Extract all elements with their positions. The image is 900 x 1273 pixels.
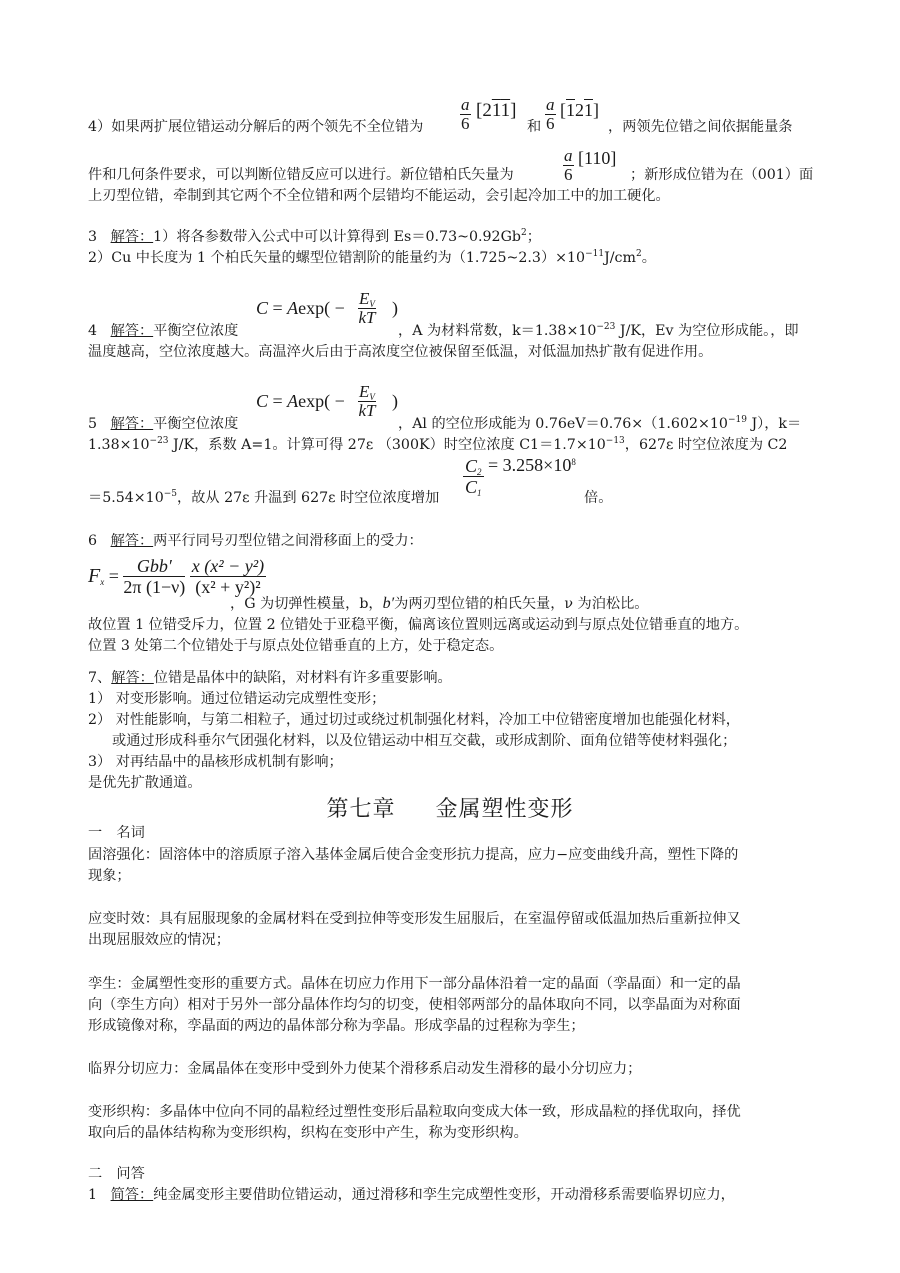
document-page: 4）如果两扩展位错运动分解后的两个领先不全位错为 a 6 [211] 和 a 6…	[0, 0, 900, 1273]
term-line: 固溶强化：固溶体中的溶质原子溶入基体金属后使合金变形抗力提高，应力−应变曲线升高…	[88, 846, 818, 864]
force-formula: Fx = Gbb′ 2π (1−ν) x (x² − y²) (x² + y²)…	[88, 556, 266, 597]
text-line: 故位置 1 位错受斥力，位置 2 位错处于亚稳平衡，偏离该位置则远离或运动到与原…	[88, 616, 818, 634]
term-line: 现象；	[88, 867, 818, 885]
paren: )	[392, 391, 398, 412]
list-item: 2） 对性能影响，与第二相粒子，通过切过或绕过机制强化材料，冷加工中位错密度增加…	[88, 711, 818, 729]
vacancy-formula: C = Aexp( −	[256, 391, 345, 412]
fraction-a-over-6: a 6	[563, 147, 574, 184]
text: ，G 为切弹性模量，b，b′为两刃型位错的柏氏矢量，ν 为泊松比。	[230, 595, 648, 613]
term-line: 向（孪生方向）相对于另外一部分晶体作均匀的切变，使相邻两部分的晶体取向不同，以孪…	[88, 996, 818, 1014]
term-line: 临界分切应力：金属晶体在变形中受到外力使某个滑移系启动发生滑移的最小分切应力；	[88, 1060, 818, 1078]
chapter-name: 金属塑性变形	[435, 792, 573, 823]
text: 件和几何条件要求，可以判断位错反应可以进行。新位错柏氏矢量为	[88, 167, 514, 183]
answer-label: 解答：	[111, 229, 154, 245]
vector-2-1-1: [211]	[476, 100, 516, 122]
section-heading: 一 名词	[88, 824, 818, 842]
text-line: 温度越高，空位浓度越大。高温淬火后由于高浓度空位被保留至低温，对低温加热扩散有促…	[88, 343, 818, 361]
vector-1-2-1: [121]	[560, 100, 599, 121]
chapter-number: 第七章	[327, 792, 396, 823]
text: 4）如果两扩展位错运动分解后的两个领先不全位错为	[88, 119, 423, 135]
text-line: 1.38×10−23 J/K，系数 A=1。计算可得 27ε （300K）时空位…	[88, 436, 818, 454]
list-item: 1） 对变形影响。通过位错运动完成塑性变形；	[88, 690, 818, 708]
term-line: 应变时效：具有屈服现象的金属材料在受到拉伸等变形发生屈服后，在室温停留或低温加热…	[88, 910, 818, 928]
text-line: 7、解答：位错是晶体中的缺陷，对材料有许多重要影响。	[88, 669, 818, 687]
chapter-title: 第七章 金属塑性变形	[0, 792, 900, 823]
term-line: 孪生：金属塑性变形的重要方式。晶体在切应力作用下一部分晶体沿着一定的晶面（孪晶面…	[88, 975, 818, 993]
paren: )	[392, 298, 398, 319]
text-line: 2）Cu 中长度为 1 个柏氏矢量的螺型位错割阶的能量约为（1.725~2.3）…	[88, 249, 818, 267]
item-number: 3	[88, 229, 97, 245]
text: ，Al 的空位形成能为 0.76eV＝0.76×（1.602×10−19 J），…	[398, 415, 801, 433]
vacancy-formula: C = Aexp( −	[256, 298, 345, 319]
text-line: 3 解答：1）将各参数带入公式中可以计算得到 Es＝0.73~0.92Gb2；	[88, 228, 818, 246]
text-line: 1 简答：纯金属变形主要借助位错运动，通过滑移和孪生完成塑性变形，开动滑移系需要…	[88, 1186, 818, 1204]
list-item: 是优先扩散通道。	[88, 774, 818, 792]
text: ；新形成位错为在（001）面	[630, 166, 813, 184]
term-line: 变形织构：多晶体中位向不同的晶粒经过塑性变形后晶粒取向变成大体一致，形成晶粒的择…	[88, 1103, 818, 1121]
text-line: 上刃型位错，牵制到其它两个不全位错和两个层错均不能运动，会引起冷加工中的加工硬化…	[88, 187, 818, 205]
fraction-a-over-6: a 6	[460, 96, 471, 133]
list-item: 或通过形成科垂尔气团强化材料，以及位错运动中相互交截，或形成割阶、面角位错等使材…	[112, 732, 842, 750]
vector-110: [110]	[578, 148, 616, 169]
text: ，两领先位错之间依据能量条	[608, 118, 792, 136]
term-line: 取向后的晶体结构称为变形织构，织构在变形中产生，称为变形织构。	[88, 1124, 818, 1142]
term-line: 出现屈服效应的情况；	[88, 931, 818, 949]
text: 倍。	[584, 489, 612, 507]
text-line: 6 解答：两平行同号刃型位错之间滑移面上的受力：	[88, 532, 818, 550]
list-item: 3） 对再结晶中的晶核形成机制有影响；	[88, 753, 818, 771]
text-line: ＝5.54×10−5，故从 27ε 升温到 627ε 时空位浓度增加	[88, 489, 818, 507]
text-line: 位置 3 处第二个位错处于与原点处位错垂直的上方，处于稳定态。	[88, 637, 818, 655]
fraction-a-over-6: a 6	[545, 96, 556, 133]
term-line: 形成镜像对称，孪晶面的两边的晶体部分称为孪晶。形成孪晶的过程称为孪生；	[88, 1017, 818, 1035]
section-heading: 二 问答	[88, 1165, 818, 1183]
text: ，A 为材料常数，k＝1.38×10−23 J/K，Ev 为空位形成能。，即	[398, 322, 799, 340]
and-text: 和	[527, 118, 541, 136]
